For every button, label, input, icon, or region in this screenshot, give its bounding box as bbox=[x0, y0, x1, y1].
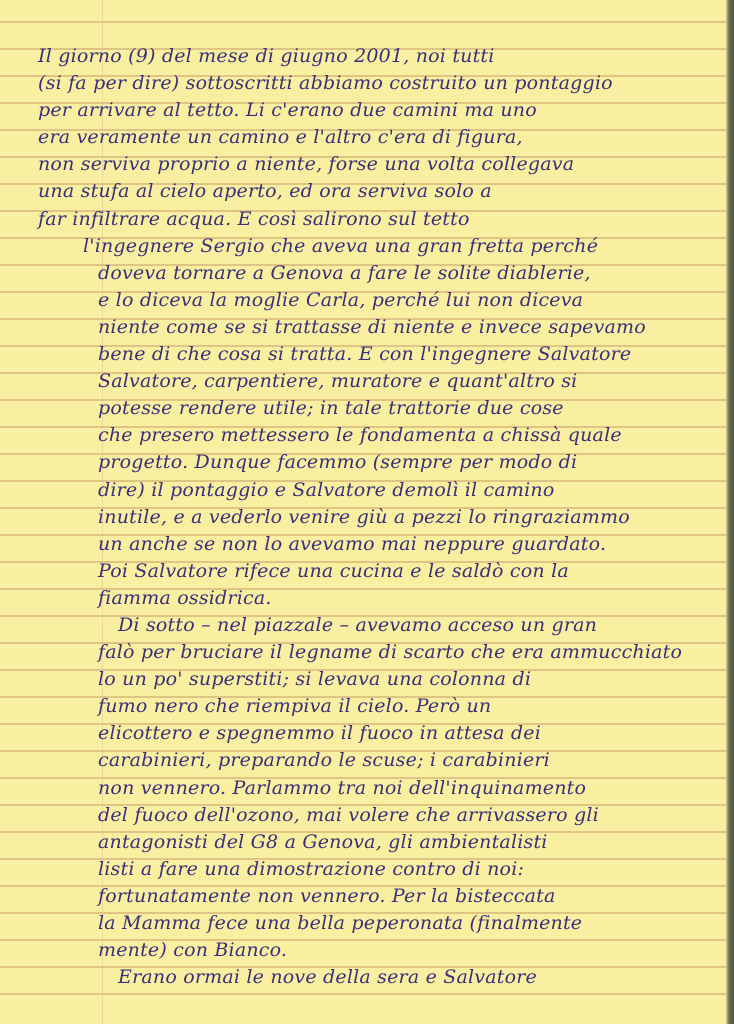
handwritten-line: per arrivare al tetto. Li c'erano due ca… bbox=[38, 97, 718, 124]
handwritten-line: la Mamma fece una bella peperonata (fina… bbox=[38, 910, 718, 937]
handwritten-line: carabinieri, preparando le scuse; i cara… bbox=[38, 747, 718, 774]
handwritten-line: era veramente un camino e l'altro c'era … bbox=[38, 124, 718, 151]
handwritten-line: l'ingegnere Sergio che aveva una gran fr… bbox=[38, 233, 718, 260]
handwritten-line: fumo nero che riempiva il cielo. Però un bbox=[38, 693, 718, 720]
handwritten-line: del fuoco dell'ozono, mai volere che arr… bbox=[38, 802, 718, 829]
handwritten-line: Salvatore, carpentiere, muratore e quant… bbox=[38, 368, 718, 395]
handwritten-line: inutile, e a vederlo venire giù a pezzi … bbox=[38, 504, 718, 531]
handwritten-line: fiamma ossidrica. bbox=[38, 585, 718, 612]
handwritten-line: far infiltrare acqua. E così salirono su… bbox=[38, 206, 718, 233]
handwritten-line: progetto. Dunque facemmo (sempre per mod… bbox=[38, 449, 718, 476]
handwritten-line: non vennero. Parlammo tra noi dell'inqui… bbox=[38, 775, 718, 802]
handwritten-line: un anche se non lo avevamo mai neppure g… bbox=[38, 531, 718, 558]
handwritten-line: listi a fare una dimostrazione contro di… bbox=[38, 856, 718, 883]
handwritten-line: lo un po' superstiti; si levava una colo… bbox=[38, 666, 718, 693]
handwritten-line: bene di che cosa si tratta. E con l'inge… bbox=[38, 341, 718, 368]
handwritten-line: (si fa per dire) sottoscritti abbiamo co… bbox=[38, 70, 718, 97]
handwritten-line: Il giorno (9) del mese di giugno 2001, n… bbox=[38, 43, 718, 70]
handwritten-line: antagonisti del G8 a Genova, gli ambient… bbox=[38, 829, 718, 856]
handwritten-line: Di sotto – nel piazzale – avevamo acceso… bbox=[38, 612, 718, 639]
handwritten-line: Erano ormai le nove della sera e Salvato… bbox=[38, 964, 718, 991]
handwritten-line: fortunatamente non vennero. Per la biste… bbox=[38, 883, 718, 910]
handwritten-line: dire) il pontaggio e Salvatore demolì il… bbox=[38, 477, 718, 504]
handwritten-line: elicottero e spegnemmo il fuoco in attes… bbox=[38, 720, 718, 747]
handwritten-line: che presero mettessero le fondamenta a c… bbox=[38, 422, 718, 449]
page-edge-shadow bbox=[726, 0, 734, 1024]
handwritten-line: doveva tornare a Genova a fare le solite… bbox=[38, 260, 718, 287]
handwritten-line: mente) con Bianco. bbox=[38, 937, 718, 964]
handwritten-line: una stufa al cielo aperto, ed ora serviv… bbox=[38, 178, 718, 205]
handwritten-line: potesse rendere utile; in tale trattorie… bbox=[38, 395, 718, 422]
handwritten-line: niente come se si trattasse di niente e … bbox=[38, 314, 718, 341]
handwritten-line: Poi Salvatore rifece una cucina e le sal… bbox=[38, 558, 718, 585]
ruled-paper-page: Il giorno (9) del mese di giugno 2001, n… bbox=[0, 0, 726, 1024]
handwritten-line: non serviva proprio a niente, forse una … bbox=[38, 151, 718, 178]
handwritten-line: falò per bruciare il legname di scarto c… bbox=[38, 639, 718, 666]
handwritten-line: e lo diceva la moglie Carla, perché lui … bbox=[38, 287, 718, 314]
handwritten-text-block: Il giorno (9) del mese di giugno 2001, n… bbox=[38, 43, 718, 991]
